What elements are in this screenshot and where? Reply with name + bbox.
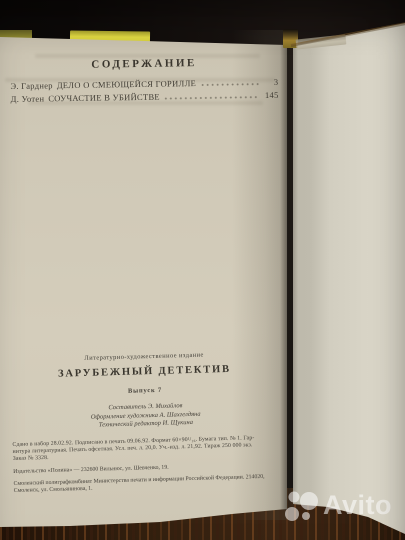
- table-of-contents: СОДЕРЖАНИЕ Э. Гарднер ДЕЛО О СМЕЮЩЕЙСЯ Г…: [10, 56, 279, 104]
- imprint-block: Литературно-художественное издание ЗАРУБ…: [10, 350, 282, 495]
- avito-logo-icon: [281, 487, 321, 532]
- book-gutter: [280, 38, 298, 510]
- publisher-line: Издательство «Полина» — 232600 Вильнюс, …: [13, 461, 281, 474]
- issue-number: Выпуск 7: [11, 384, 279, 398]
- toc-entry-title: ДЕЛО О СМЕЮЩЕЙСЯ ГОРИЛЛЕ: [57, 78, 196, 90]
- toc-entry-author: Э. Гарднер: [10, 80, 53, 91]
- print-run-info: Сдано в набор 28.02.92. Подписано в печа…: [12, 434, 280, 462]
- toc-entry-author: Д. Уотен: [11, 93, 45, 104]
- avito-watermark-label: Avito: [323, 487, 392, 523]
- book-photo: СОДЕРЖАНИЕ Э. Гарднер ДЕЛО О СМЕЮЩЕЙСЯ Г…: [0, 0, 405, 540]
- toc-entry-page-number: 145: [263, 90, 279, 100]
- toc-entry: Э. Гарднер ДЕЛО О СМЕЮЩЕЙСЯ ГОРИЛЛЕ 3: [10, 77, 278, 91]
- toc-entry-page-number: 3: [262, 77, 278, 87]
- credits-block: Составитель Э. Михайлов Оформление худож…: [11, 399, 280, 432]
- toc-dot-leader: [201, 81, 259, 87]
- avito-watermark: Avito: [281, 487, 392, 532]
- toc-rows: Э. Гарднер ДЕЛО О СМЕЮЩЕЙСЯ ГОРИЛЛЕ 3 Д.…: [10, 77, 278, 104]
- toc-entry-title: СОУЧАСТИЕ В УБИЙСТВЕ: [48, 92, 160, 104]
- book-title: ЗАРУБЕЖНЫЙ ДЕТЕКТИВ: [10, 363, 278, 381]
- toc-dot-leader: [165, 94, 260, 100]
